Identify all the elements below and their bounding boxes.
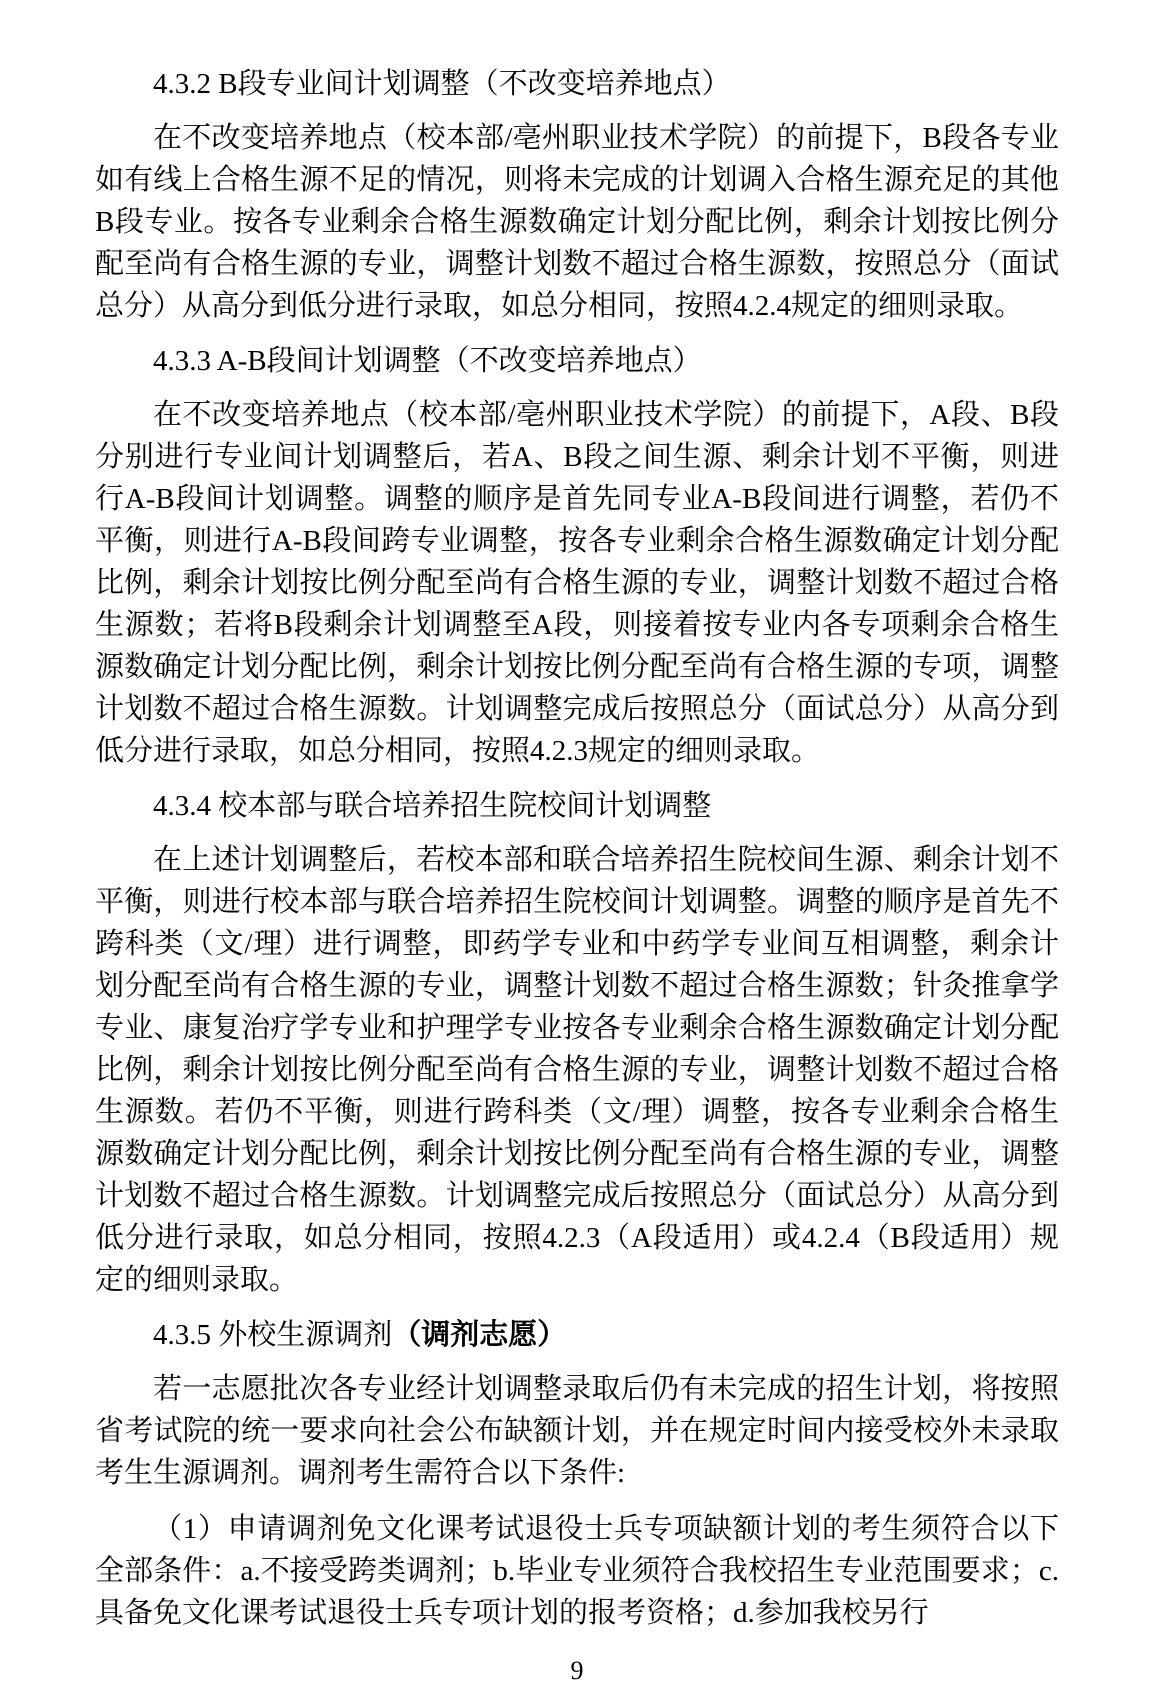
section-heading-bold-text: （调剂志愿）: [392, 1319, 566, 1351]
document-content: 4.3.2 B段专业间计划调整（不改变培养地点） 在不改变培养地点（校本部/亳州…: [0, 0, 1154, 1634]
section-heading-text: 4.3.5 外校生源调剂: [153, 1319, 392, 1351]
section-4-3-3: 4.3.3 A-B段间计划调整（不改变培养地点） 在不改变培养地点（校本部/亳州…: [95, 340, 1059, 772]
page-number: 9: [0, 1656, 1154, 1686]
section-heading: 4.3.2 B段专业间计划调整（不改变培养地点）: [95, 63, 1059, 105]
section-4-3-5: 4.3.5 外校生源调剂（调剂志愿） 若一志愿批次各专业经计划调整录取后仍有未完…: [95, 1314, 1059, 1634]
section-heading: 4.3.5 外校生源调剂（调剂志愿）: [95, 1314, 1059, 1356]
section-heading-text: 4.3.4 校本部与联合培养招生院校间计划调整: [153, 790, 711, 822]
section-heading: 4.3.3 A-B段间计划调整（不改变培养地点）: [95, 340, 1059, 382]
section-heading-text: 4.3.3 A-B段间计划调整（不改变培养地点）: [153, 345, 702, 377]
body-paragraph: 在上述计划调整后，若校本部和联合培养招生院校间生源、剩余计划不平衡，则进行校本部…: [95, 839, 1059, 1301]
section-4-3-4: 4.3.4 校本部与联合培养招生院校间计划调整 在上述计划调整后，若校本部和联合…: [95, 785, 1059, 1301]
section-4-3-2: 4.3.2 B段专业间计划调整（不改变培养地点） 在不改变培养地点（校本部/亳州…: [95, 63, 1059, 327]
section-heading-text: 4.3.2 B段专业间计划调整（不改变培养地点）: [153, 68, 731, 100]
body-paragraph: （1）申请调剂免文化课考试退役士兵专项缺额计划的考生须符合以下全部条件：a.不接…: [95, 1508, 1059, 1634]
body-paragraph: 在不改变培养地点（校本部/亳州职业技术学院）的前提下，A段、B段分别进行专业间计…: [95, 394, 1059, 772]
body-paragraph: 若一志愿批次各专业经计划调整录取后仍有未完成的招生计划，将按照省考试院的统一要求…: [95, 1368, 1059, 1494]
section-heading: 4.3.4 校本部与联合培养招生院校间计划调整: [95, 785, 1059, 827]
document-page: 4.3.2 B段专业间计划调整（不改变培养地点） 在不改变培养地点（校本部/亳州…: [0, 0, 1154, 1702]
body-paragraph: 在不改变培养地点（校本部/亳州职业技术学院）的前提下，B段各专业如有线上合格生源…: [95, 117, 1059, 327]
